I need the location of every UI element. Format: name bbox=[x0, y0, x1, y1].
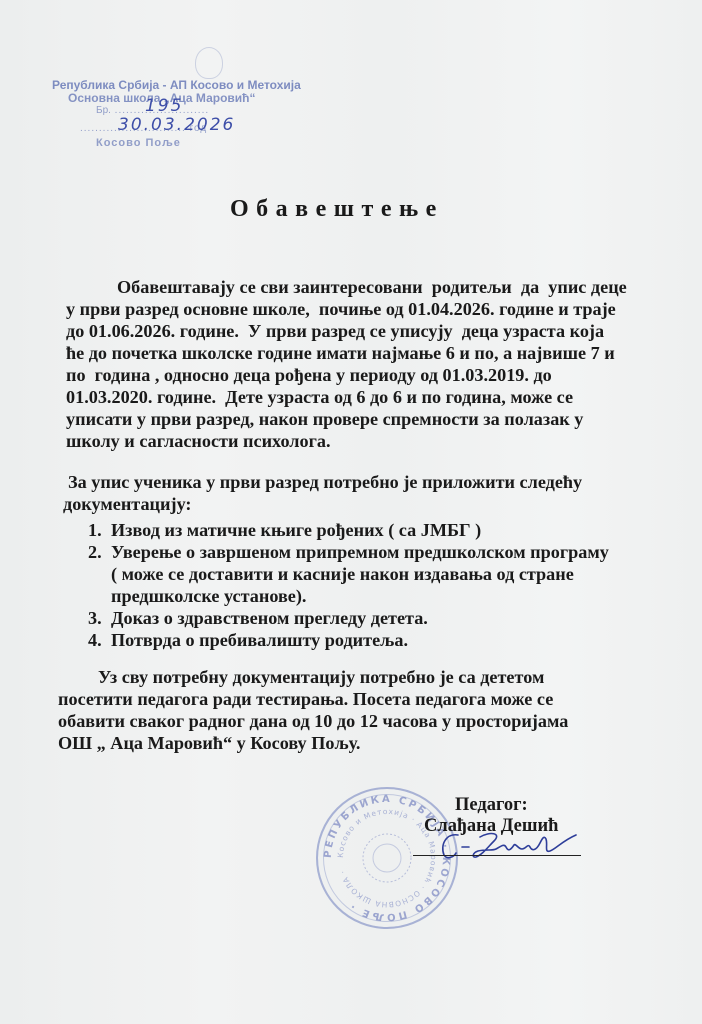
svg-text:Косово и Метохија · Аца Марови: Косово и Метохија · Аца Маровић · ОСНОВН… bbox=[336, 807, 438, 909]
paragraph-line: посетити педагога ради тестирања. Посета… bbox=[58, 688, 553, 710]
list-number: 1. bbox=[88, 519, 102, 541]
paragraph-line: 01.03.2020. године. Дете узраста од 6 до… bbox=[66, 386, 573, 408]
document-title: Обавештење bbox=[230, 196, 444, 223]
paragraph-line: школу и сагласности психолога. bbox=[66, 430, 331, 452]
signature-line bbox=[413, 855, 581, 856]
list-text: Извод из матичне књиге рођених ( са ЈМБГ… bbox=[111, 519, 481, 541]
paragraph-line: Уз сву потребну документацију потребно ј… bbox=[98, 666, 544, 688]
paragraph-line: документацију: bbox=[63, 493, 191, 515]
paragraph-line: ће до почетка школске године имати најма… bbox=[66, 342, 615, 364]
list-number: 3. bbox=[88, 607, 102, 629]
list-number: 2. bbox=[88, 541, 102, 563]
paragraph-line: уписати у први разред, након провере спр… bbox=[66, 408, 583, 430]
handwritten-signature bbox=[436, 829, 586, 866]
list-text: ( може се доставити и касније након изда… bbox=[111, 563, 574, 585]
paragraph-line: обавити сваког радног дана од 10 до 12 ч… bbox=[58, 710, 568, 732]
coat-of-arms-icon bbox=[195, 47, 223, 79]
stamp-number-label: Бр. bbox=[96, 105, 111, 116]
signature-role: Педагог: bbox=[455, 794, 528, 816]
stamp-republic-line: Република Србија - АП Косово и Метохија bbox=[52, 78, 301, 92]
list-text: Доказ о здравственом прегледу детета. bbox=[111, 607, 428, 629]
paragraph-line: до 01.06.2026. године. У први разред се … bbox=[66, 320, 604, 342]
paragraph-line: у први разред основне школе, почиње од 0… bbox=[66, 298, 616, 320]
paragraph-line: ОШ „ Аца Маровић“ у Косову Пољу. bbox=[58, 732, 360, 754]
paragraph-line: по година , односно деца рођена у период… bbox=[66, 364, 552, 386]
list-text: Потврда о пребивалишту родитеља. bbox=[111, 629, 408, 651]
paragraph-line: Обавештавају се сви заинтересовани родит… bbox=[117, 276, 627, 298]
stamp-place: Косово Поље bbox=[96, 137, 181, 149]
paragraph-line: За упис ученика у први разред потребно ј… bbox=[68, 471, 582, 493]
handwritten-date: 30.03.2026 bbox=[118, 115, 235, 135]
list-text: Уверење о завршеном припремном предшколс… bbox=[111, 541, 609, 563]
scanned-page: Република Србија - АП Косово и Метохија … bbox=[0, 0, 702, 1024]
list-number: 4. bbox=[88, 629, 102, 651]
signature-icon bbox=[436, 829, 586, 861]
list-text: предшколске установе). bbox=[111, 585, 306, 607]
handwritten-number: 195 bbox=[145, 96, 183, 116]
